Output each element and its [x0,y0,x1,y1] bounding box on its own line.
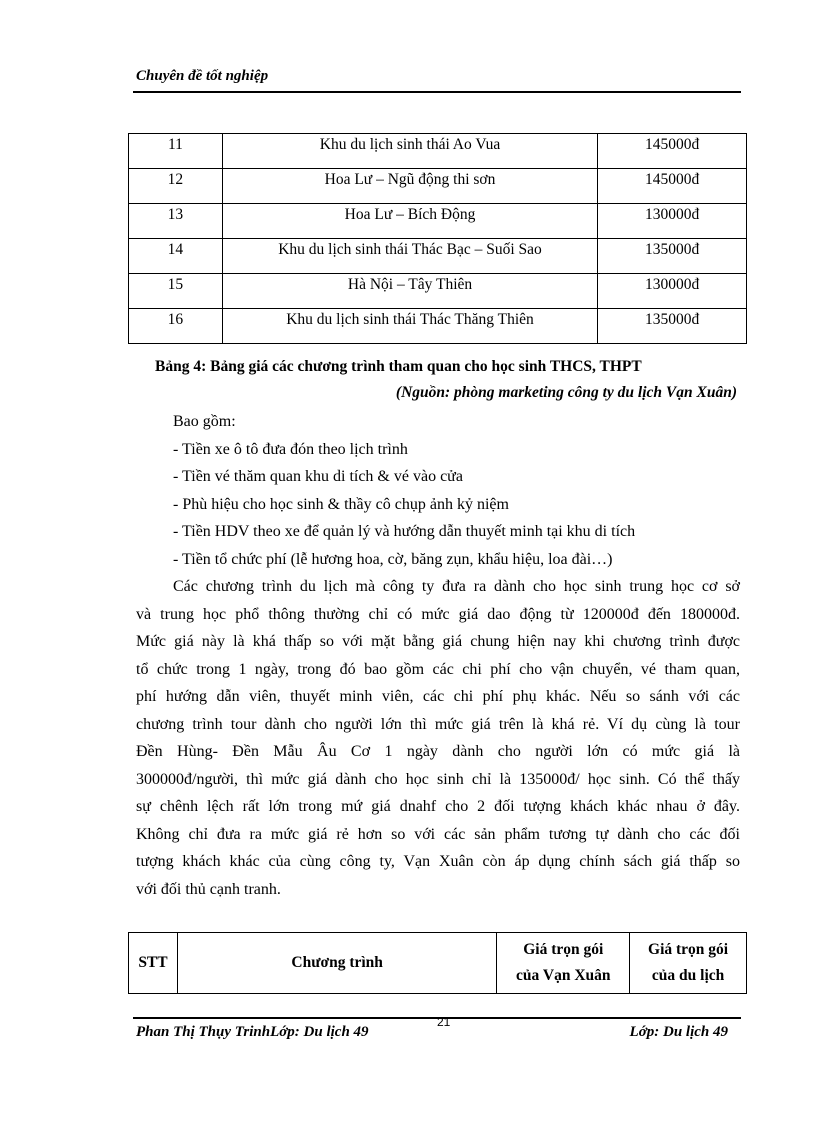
table-row: 12 Hoa Lư – Ngũ động thi sơn 145000đ [129,169,747,204]
header-stt: STT [129,933,178,994]
list-item: - Tiền HDV theo xe để quản lý và hướng d… [173,518,740,546]
paragraph-line: phí hướng dẫn viên, thuyết minh viên, cá… [136,683,740,711]
paragraph-line: và trung học phổ thông thường chỉ có mức… [136,601,740,629]
program-cell: Khu du lịch sinh thái Thác Thăng Thiên [222,309,597,344]
table-source: (Nguồn: phòng marketing công ty du lịch … [396,384,737,402]
program-cell: Khu du lịch sinh thái Thác Bạc – Suối Sa… [222,239,597,274]
header-vanxuan-line2: của Vạn Xuân [497,963,629,989]
program-cell: Khu du lịch sinh thái Ao Vua [222,134,597,169]
page-number: 21 [437,1015,450,1029]
stt-cell: 11 [129,134,223,169]
header-rule [133,91,741,93]
stt-cell: 16 [129,309,223,344]
table-row: 14 Khu du lịch sinh thái Thác Bạc – Suối… [129,239,747,274]
footer-author: Phan Thị Thụy TrinhLớp: Du lịch 49 [136,1024,369,1041]
paragraph-line: Các chương trình du lịch mà công ty đưa … [136,573,740,601]
includes-label: Bao gồm: [173,408,740,436]
paragraph-line: Đền Hùng- Đền Mẫu Âu Cơ 1 ngày dành cho … [136,738,740,766]
price-cell: 130000đ [598,204,747,239]
stt-cell: 15 [129,274,223,309]
paragraph-line: Mức giá này là khá thấp so với mặt bằng … [136,628,740,656]
program-cell: Hà Nội – Tây Thiên [222,274,597,309]
footer-class: Lớp: Du lịch 49 [630,1024,728,1041]
header-vanxuan-line1: Giá trọn gói [497,937,629,963]
price-cell: 145000đ [598,169,747,204]
stt-cell: 12 [129,169,223,204]
table-row: 16 Khu du lịch sinh thái Thác Thăng Thiê… [129,309,747,344]
price-cell: 135000đ [598,309,747,344]
list-item: - Tiền tổ chức phí (lễ hương hoa, cờ, bă… [173,546,740,574]
body-text: Bao gồm: - Tiền xe ô tô đưa đón theo lịc… [136,408,740,903]
compare-table: STT Chương trình Giá trọn gói của Vạn Xu… [128,932,747,994]
paragraph-line: tượng khách khác của cùng công ty, Vạn X… [136,848,740,876]
price-cell: 135000đ [598,239,747,274]
table-row: 11 Khu du lịch sinh thái Ao Vua 145000đ [129,134,747,169]
includes-list: Bao gồm: - Tiền xe ô tô đưa đón theo lịc… [136,408,740,573]
paragraph-line: chương trình tour dành cho người lớn thì… [136,711,740,739]
header-other-line2: của du lịch [630,963,746,989]
table-row: 13 Hoa Lư – Bích Động 130000đ [129,204,747,239]
paragraph-line: Không chỉ đưa ra mức giá rẻ hơn so với c… [136,821,740,849]
paragraph-line: với đối thủ cạnh tranh. [136,876,740,904]
paragraph-line: 300000đ/người, thì mức giá dành cho học … [136,766,740,794]
paragraph-line: sự chênh lệch rất lớn trong mứ giá dnahf… [136,793,740,821]
price-cell: 130000đ [598,274,747,309]
page-header-title: Chuyên đề tốt nghiệp [136,68,268,85]
price-table: 11 Khu du lịch sinh thái Ao Vua 145000đ … [128,133,747,344]
price-cell: 145000đ [598,134,747,169]
header-other-line1: Giá trọn gói [630,937,746,963]
paragraph-line: tổ chức trong 1 ngày, trong đó bao gồm c… [136,656,740,684]
list-item: - Tiền xe ô tô đưa đón theo lịch trình [173,436,740,464]
table-caption: Bảng 4: Bảng giá các chương trình tham q… [155,358,642,376]
paragraph: Các chương trình du lịch mà công ty đưa … [136,573,740,903]
table-header-row: STT Chương trình Giá trọn gói của Vạn Xu… [129,933,747,994]
program-cell: Hoa Lư – Ngũ động thi sơn [222,169,597,204]
stt-cell: 14 [129,239,223,274]
program-cell: Hoa Lư – Bích Động [222,204,597,239]
header-vanxuan-price: Giá trọn gói của Vạn Xuân [497,933,630,994]
stt-cell: 13 [129,204,223,239]
table-row: 15 Hà Nội – Tây Thiên 130000đ [129,274,747,309]
list-item: - Phù hiệu cho học sinh & thầy cô chụp ả… [173,491,740,519]
header-program: Chương trình [177,933,496,994]
list-item: - Tiền vé thăm quan khu di tích & vé vào… [173,463,740,491]
header-other-price: Giá trọn gói của du lịch [630,933,747,994]
